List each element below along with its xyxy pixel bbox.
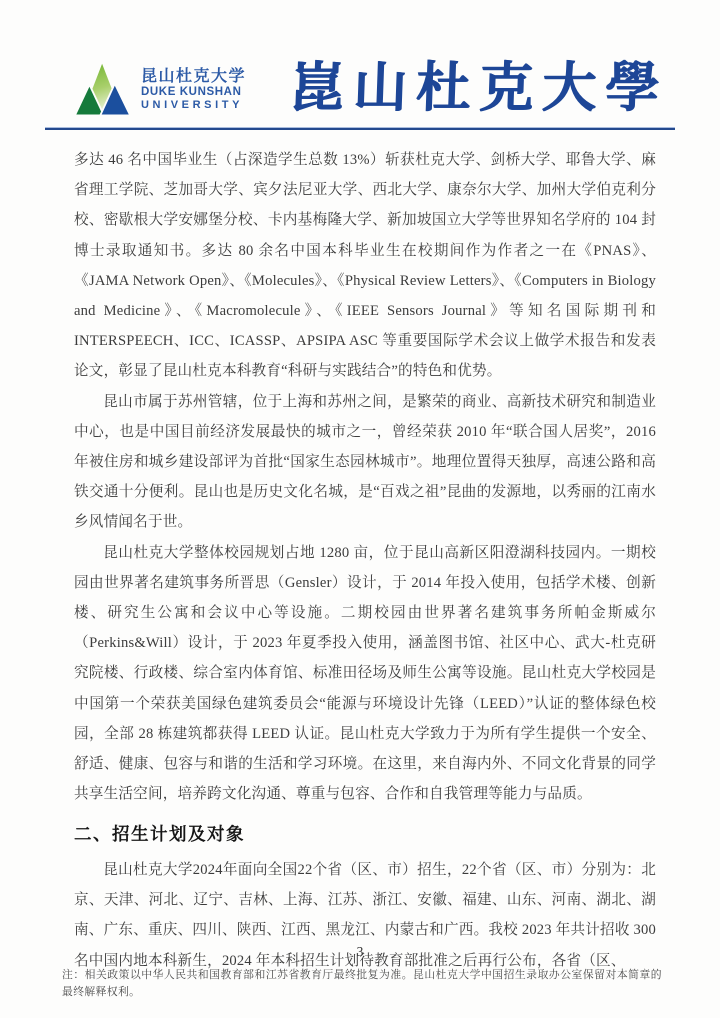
section-heading-enrollment-plan: 二、招生计划及对象 (74, 822, 656, 847)
page-header: 昆山杜克大学 DUKE KUNSHAN UNIVERSITY 崑山杜克大學 (0, 0, 720, 118)
logo-english-line2: UNIVERSITY (141, 99, 246, 111)
page-number: 3 (0, 944, 720, 960)
document-body: 多达 46 名中国毕业生（占深造学生总数 13%）斩获杜克大学、剑桥大学、耶鲁大… (74, 145, 656, 976)
logo-wordmark: 昆山杜克大学 DUKE KUNSHAN UNIVERSITY (141, 68, 246, 111)
paragraph-campus: 昆山杜克大学整体校园规划占地 1280 亩，位于昆山高新区阳澄湖科技园内。一期校… (74, 538, 656, 810)
paragraph-graduates: 多达 46 名中国毕业生（占深造学生总数 13%）斩获杜克大学、剑桥大学、耶鲁大… (74, 145, 656, 387)
logo-chinese-name: 昆山杜克大学 (141, 68, 246, 86)
footnote: 注：相关政策以中华人民共和国教育部和江苏省教育厅最终批复为准。昆山杜克大学中国招… (62, 967, 662, 1001)
document-page: 昆山杜克大学 DUKE KUNSHAN UNIVERSITY 崑山杜克大學 多达… (0, 0, 720, 1018)
logo-english-line1: DUKE KUNSHAN (141, 86, 246, 99)
paragraph-kunshan-city: 昆山市属于苏州管辖，位于上海和苏州之间，是繁荣的商业、高新技术研究和制造业中心，… (74, 387, 656, 538)
logo-mountains-icon (74, 62, 132, 118)
university-logo: 昆山杜克大学 DUKE KUNSHAN UNIVERSITY (74, 62, 246, 118)
calligraphy-title: 崑山杜克大學 (289, 45, 670, 122)
header-divider (45, 127, 675, 130)
